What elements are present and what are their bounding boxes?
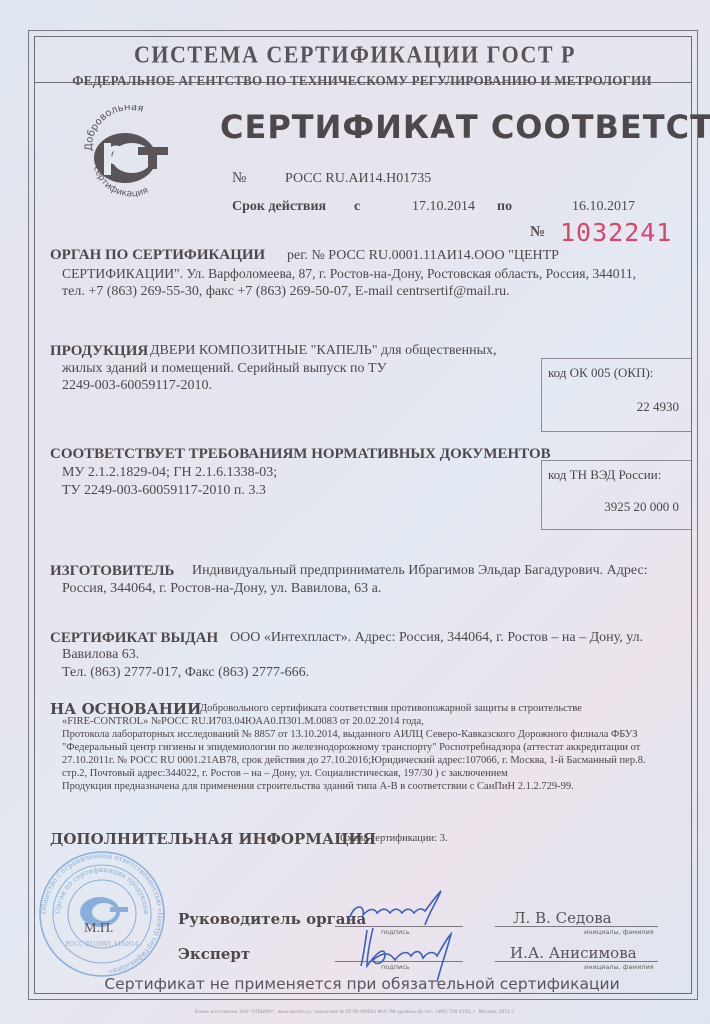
issued-to-line-2: Вавилова 63.	[62, 647, 139, 663]
basis-line-3: Протокола лабораторных исследований № 88…	[62, 729, 638, 740]
tnved-code-value: 3925 20 000 0	[604, 499, 679, 515]
footer-note: Сертификат не применяется при обязательн…	[34, 975, 690, 993]
number-sign: №	[232, 170, 246, 187]
conformity-line-1: МУ 2.1.2.1829-04; ГН 2.1.6.1338-03;	[62, 465, 277, 481]
expert-name-caption: инициалы, фамилия	[584, 963, 654, 971]
certification-body-line-3: тел. +7 (863) 269-55-30, факс +7 (863) 2…	[62, 284, 510, 300]
expert-name: И.А. Анисимова	[510, 944, 637, 962]
basis-line-6: стр.2, Почтовый адрес:344022, г. Ростов …	[62, 768, 508, 779]
basis-line-7: Продукция предназначена для применения с…	[62, 781, 574, 792]
manufacturer-line-2: Россия, 344064, г. Ростов-на-Дону, ул. В…	[62, 581, 381, 597]
stamp-place: М.П.	[84, 921, 114, 937]
issued-to-line-3: Тел. (863) 2777-017, Факс (863) 2777-666…	[62, 665, 309, 681]
blank-number: 1032241	[560, 218, 672, 247]
issued-to-label: СЕРТИФИКАТ ВЫДАН	[50, 630, 218, 647]
basis-line-2: «FIRE-CONTROL» №РОСС RU.И703.04ЮАА0.П301…	[62, 716, 424, 727]
validity-label: Срок действия	[232, 199, 326, 215]
product-line-3: 2249-003-60059117-2010.	[62, 378, 212, 394]
head-name-caption: инициалы, фамилия	[584, 928, 654, 936]
basis-line-4: "Федеральный центр гигиены и эпидемиолог…	[62, 742, 640, 753]
tnved-code-box: код ТН ВЭД России: 3925 20 000 0	[541, 460, 691, 530]
valid-to-date: 16.10.2017	[572, 199, 635, 215]
agency-name: ФЕДЕРАЛЬНОЕ АГЕНТСТВО ПО ТЕХНИЧЕСКОМУ РЕ…	[41, 73, 684, 89]
certification-body-line-2: СЕРТИФИКАЦИИ". Ул. Варфоломеева, 87, г. …	[62, 266, 636, 282]
product-line-1: ДВЕРИ КОМПОЗИТНЫЕ "КАПЕЛЬ" для обществен…	[150, 343, 497, 359]
valid-from-label: с	[354, 199, 360, 215]
valid-to-label: по	[497, 199, 512, 215]
conformity-label: СООТВЕТСТВУЕТ ТРЕБОВАНИЯМ НОРМАТИВНЫХ ДО…	[50, 446, 551, 463]
product-label: ПРОДУКЦИЯ	[50, 343, 148, 360]
printer-imprint: Бланк изготовлен ЗАО "ОПЦИОН", www.opcio…	[0, 1010, 710, 1015]
certificate-title: СЕРТИФИКАТ СООТВЕТСТВИЯ	[220, 108, 710, 146]
tnved-code-label: код ТН ВЭД России:	[548, 467, 661, 483]
valid-from-date: 17.10.2014	[412, 199, 475, 215]
additional-info-label: ДОПОЛНИТЕЛЬНАЯ ИНФОРМАЦИЯ	[50, 830, 376, 848]
basis-line-5: 27.10.2011г. № РОСС RU 0001.21АВ78, срок…	[62, 755, 646, 766]
basis-line-1: Добровольного сертификата соответствия п…	[200, 703, 582, 714]
conformity-line-2: ТУ 2249-003-60059117-2010 п. 3.3	[62, 483, 266, 499]
issued-to-line-1: ООО «Интехпласт». Адрес: Россия, 344064,…	[230, 630, 643, 646]
manufacturer-label: ИЗГОТОВИТЕЛЬ	[50, 563, 174, 580]
official-stamp-icon: Общество с ограниченной ответственностью…	[38, 850, 166, 978]
product-line-2: жилых зданий и помещений. Серийный выпус…	[62, 361, 387, 377]
system-title: СИСТЕМА СЕРТИФИКАЦИИ ГОСТ Р	[0, 41, 710, 70]
manufacturer-line-1: Индивидуальный предприниматель Ибрагимов…	[192, 563, 648, 579]
svg-text:РОСС RU.0001.11АИ14: РОСС RU.0001.11АИ14	[65, 941, 138, 948]
okp-code-label: код ОК 005 (ОКП):	[548, 365, 653, 381]
certification-body-label: ОРГАН ПО СЕРТИФИКАЦИИ	[50, 247, 265, 264]
certification-scheme: Схема сертификации: 3.	[340, 833, 448, 844]
certificate-number: РОСС RU.АИ14.Н01735	[285, 171, 431, 187]
blank-number-sign: №	[530, 224, 545, 241]
okp-code-box: код ОК 005 (ОКП): 22 4930	[541, 358, 691, 432]
okp-code-value: 22 4930	[637, 399, 679, 415]
certification-body-line-1: рег. № РОСС RU.0001.11АИ14.ООО "ЦЕНТР	[287, 248, 559, 264]
head-name: Л. В. Седова	[513, 909, 612, 927]
rst-logo-icon: Добровольная сертификация	[80, 105, 180, 205]
expert-label: Эксперт	[178, 945, 250, 963]
